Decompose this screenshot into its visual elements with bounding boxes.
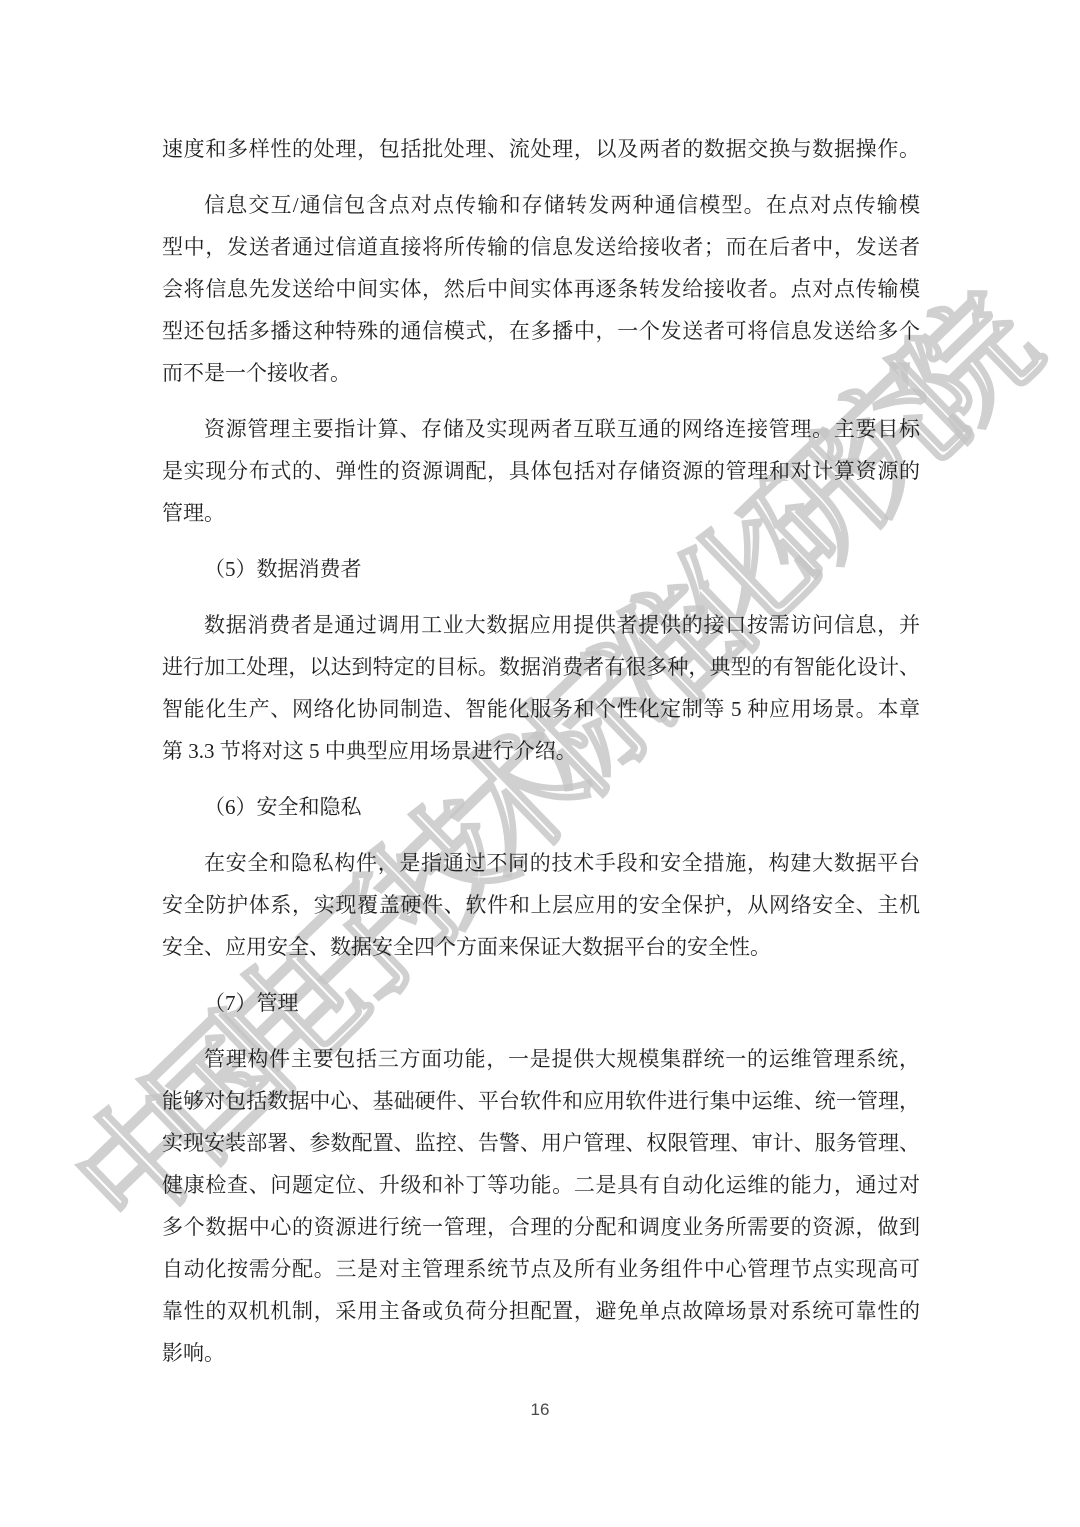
document-body: 速度和多样性的处理，包括批处理、流处理，以及两者的数据交换与数据操作。信息交互/…: [162, 128, 920, 1388]
text-line: 健康检查、问题定位、升级和补丁等功能。二是具有自动化运维的能力，通过对: [162, 1164, 920, 1206]
paragraph: 管理构件主要包括三方面功能，一是提供大规模集群统一的运维管理系统，能够对包括数据…: [162, 1038, 920, 1374]
text-line: 而不是一个接收者。: [162, 352, 920, 394]
text-line: 自动化按需分配。三是对主管理系统节点及所有业务组件中心管理节点实现高可: [162, 1248, 920, 1290]
text-line: 靠性的双机机制，采用主备或负荷分担配置，避免单点故障场景对系统可靠性的: [162, 1290, 920, 1332]
section-heading: （6）安全和隐私: [162, 786, 920, 828]
text-line: 安全、应用安全、数据安全四个方面来保证大数据平台的安全性。: [162, 926, 920, 968]
text-line: 能够对包括数据中心、基础硬件、平台软件和应用软件进行集中运维、统一管理，: [162, 1080, 920, 1122]
text-line: 实现安装部署、参数配置、监控、告警、用户管理、权限管理、审计、服务管理、: [162, 1122, 920, 1164]
paragraph: 信息交互/通信包含点对点传输和存储转发两种通信模型。在点对点传输模型中，发送者通…: [162, 184, 920, 394]
text-line: 在安全和隐私构件，是指通过不同的技术手段和安全措施，构建大数据平台: [162, 842, 920, 884]
text-line: 信息交互/通信包含点对点传输和存储转发两种通信模型。在点对点传输模: [162, 184, 920, 226]
text-line: 会将信息先发送给中间实体，然后中间实体再逐条转发给接收者。点对点传输模: [162, 268, 920, 310]
text-line: 数据消费者是通过调用工业大数据应用提供者提供的接口按需访问信息，并: [162, 604, 920, 646]
paragraph: 资源管理主要指计算、存储及实现两者互联互通的网络连接管理。主要目标是实现分布式的…: [162, 408, 920, 534]
text-line: 影响。: [162, 1332, 920, 1374]
text-line: 是实现分布式的、弹性的资源调配，具体包括对存储资源的管理和对计算资源的: [162, 450, 920, 492]
page-number: 16: [0, 1400, 1080, 1420]
paragraph: 速度和多样性的处理，包括批处理、流处理，以及两者的数据交换与数据操作。: [162, 128, 920, 170]
text-line: 管理。: [162, 492, 920, 534]
text-line: 速度和多样性的处理，包括批处理、流处理，以及两者的数据交换与数据操作。: [162, 128, 920, 170]
paragraph: 在安全和隐私构件，是指通过不同的技术手段和安全措施，构建大数据平台安全防护体系，…: [162, 842, 920, 968]
section-heading: （5）数据消费者: [162, 548, 920, 590]
text-line: 资源管理主要指计算、存储及实现两者互联互通的网络连接管理。主要目标: [162, 408, 920, 450]
paragraph: 数据消费者是通过调用工业大数据应用提供者提供的接口按需访问信息，并进行加工处理，…: [162, 604, 920, 772]
text-line: 进行加工处理，以达到特定的目标。数据消费者有很多种，典型的有智能化设计、: [162, 646, 920, 688]
text-line: 型中，发送者通过信道直接将所传输的信息发送给接收者；而在后者中，发送者: [162, 226, 920, 268]
text-line: 管理构件主要包括三方面功能，一是提供大规模集群统一的运维管理系统，: [162, 1038, 920, 1080]
text-line: 智能化生产、网络化协同制造、智能化服务和个性化定制等 5 种应用场景。本章: [162, 688, 920, 730]
section-heading: （7）管理: [162, 982, 920, 1024]
document-page: 中国电子技术标准化研究院 速度和多样性的处理，包括批处理、流处理，以及两者的数据…: [0, 0, 1080, 1527]
text-line: 第 3.3 节将对这 5 中典型应用场景进行介绍。: [162, 730, 920, 772]
text-line: 多个数据中心的资源进行统一管理，合理的分配和调度业务所需要的资源，做到: [162, 1206, 920, 1248]
text-line: 安全防护体系，实现覆盖硬件、软件和上层应用的安全保护，从网络安全、主机: [162, 884, 920, 926]
text-line: 型还包括多播这种特殊的通信模式，在多播中，一个发送者可将信息发送给多个: [162, 310, 920, 352]
